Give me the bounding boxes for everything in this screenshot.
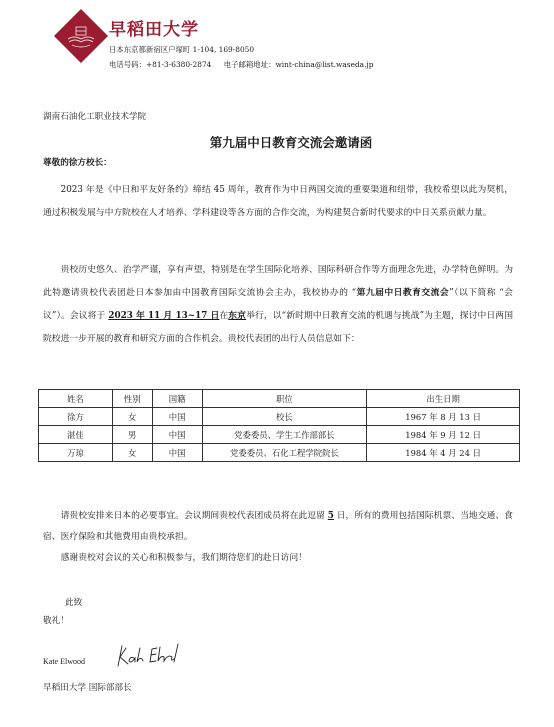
signer-title: 早稻田大学 国际部部长 (43, 681, 132, 693)
delegation-members-table: 姓名 性别 国籍 职位 出生日期 徐方 女 中国 校长 1967 年 8 月 1… (38, 389, 520, 462)
header-position: 职位 (202, 390, 367, 408)
letter-title: 第九届中日教育交流会邀请函 (0, 133, 554, 151)
cell-nationality: 中国 (152, 444, 202, 462)
text-run: 在 (219, 311, 228, 321)
cell-gender: 女 (112, 408, 152, 426)
paragraph-thanks: 感谢贵校对会议的关心和积极参与，我们期待您们的赴日访问！ (43, 548, 513, 569)
header-birthdate: 出生日期 (367, 390, 520, 408)
cell-birthdate: 1984 年 9 月 12 日 (367, 426, 520, 444)
signer-name: Kate Elwood (43, 657, 85, 666)
paragraph-invitation: 贵校历史悠久、治学严谨，享有声望，特别是在学生国际化培养、国际科研合作等方面理念… (43, 259, 513, 351)
cell-name: 徐方 (39, 408, 113, 426)
cell-nationality: 中国 (152, 426, 202, 444)
salutation: 尊敬的徐方校长： (43, 156, 112, 168)
paragraph-text: 2023 年是《中日和平友好条约》缔结 45 周年，教育作为中日两国交流的重要渠… (43, 179, 513, 225)
contact-line: 电话号码：+81-3-6380-2874 电子邮箱地址：wint-china@l… (109, 59, 373, 70)
cell-position: 校长 (202, 408, 367, 426)
cell-birthdate: 1967 年 8 月 13 日 (367, 408, 520, 426)
cell-name: 湛佳 (39, 426, 113, 444)
text-run: 请贵校安排来日本的必要事宜。会议期间贵校代表团成员将在此逗留 (61, 511, 328, 521)
cell-position: 党委委员、石化工程学院院长 (202, 444, 367, 462)
paragraph-arrangements: 请贵校安排来日本的必要事宜。会议期间贵校代表团成员将在此逗留 5 日，所有的费用… (43, 506, 513, 569)
cell-position: 党委委员、学生工作部部长 (202, 426, 367, 444)
table-row: 湛佳 男 中国 党委委员、学生工作部部长 1984 年 9 月 12 日 (39, 426, 520, 444)
closing-line-2: 敬礼！ (43, 614, 69, 626)
paragraph-anniversary: 2023 年是《中日和平友好条约》缔结 45 周年，教育作为中日两国交流的重要渠… (43, 179, 513, 225)
cell-birthdate: 1984 年 4 月 24 日 (367, 444, 520, 462)
university-address: 日本东京都新宿区户塚町 1-104, 169-8050 (109, 44, 254, 55)
header-name: 姓名 (39, 390, 113, 408)
table-row: 徐方 女 中国 校长 1967 年 8 月 13 日 (39, 408, 520, 426)
cell-name: 万琼 (39, 444, 113, 462)
table-row: 万琼 女 中国 党委委员、石化工程学院院长 1984 年 4 月 24 日 (39, 444, 520, 462)
university-crest-icon (54, 9, 108, 63)
event-name: 第九届中日教育交流会 (356, 288, 449, 298)
closing-line-1: 此致 (65, 596, 82, 608)
paragraph-text: 贵校历史悠久、治学严谨，享有声望，特别是在学生国际化培养、国际科研合作等方面理念… (43, 259, 513, 351)
table-header-row: 姓名 性别 国籍 职位 出生日期 (39, 390, 520, 408)
recipient-institution: 湖南石油化工职业技术学院 (43, 110, 146, 122)
event-city: 东京 (228, 311, 246, 321)
event-date: 2023 年 11 月 13~17 日 (108, 311, 219, 321)
cell-gender: 男 (112, 426, 152, 444)
header-nationality: 国籍 (152, 390, 202, 408)
cell-gender: 女 (112, 444, 152, 462)
phone-number: 电话号码：+81-3-6380-2874 (109, 60, 211, 69)
handwritten-signature-icon (112, 640, 192, 670)
university-name: 早稻田大学 (109, 15, 199, 40)
header-gender: 性别 (112, 390, 152, 408)
email-address[interactable]: 电子邮箱地址：wint-china@list.waseda.jp (224, 60, 374, 69)
paragraph-text: 请贵校安排来日本的必要事宜。会议期间贵校代表团成员将在此逗留 5 日，所有的费用… (43, 506, 513, 548)
cell-nationality: 中国 (152, 408, 202, 426)
